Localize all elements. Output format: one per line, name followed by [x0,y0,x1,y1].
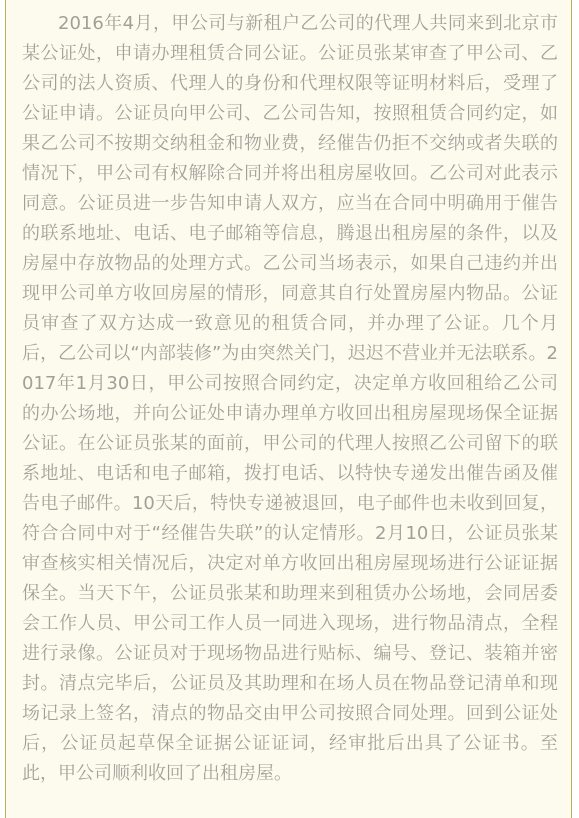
document-panel: 2016年4月，甲公司与新租户乙公司的代理人共同来到北京市某公证处，申请办理租赁… [5,0,572,818]
case-paragraph: 2016年4月，甲公司与新租户乙公司的代理人共同来到北京市某公证处，申请办理租赁… [22,9,558,789]
document-body: 2016年4月，甲公司与新租户乙公司的代理人共同来到北京市某公证处，申请办理租赁… [6,0,571,789]
